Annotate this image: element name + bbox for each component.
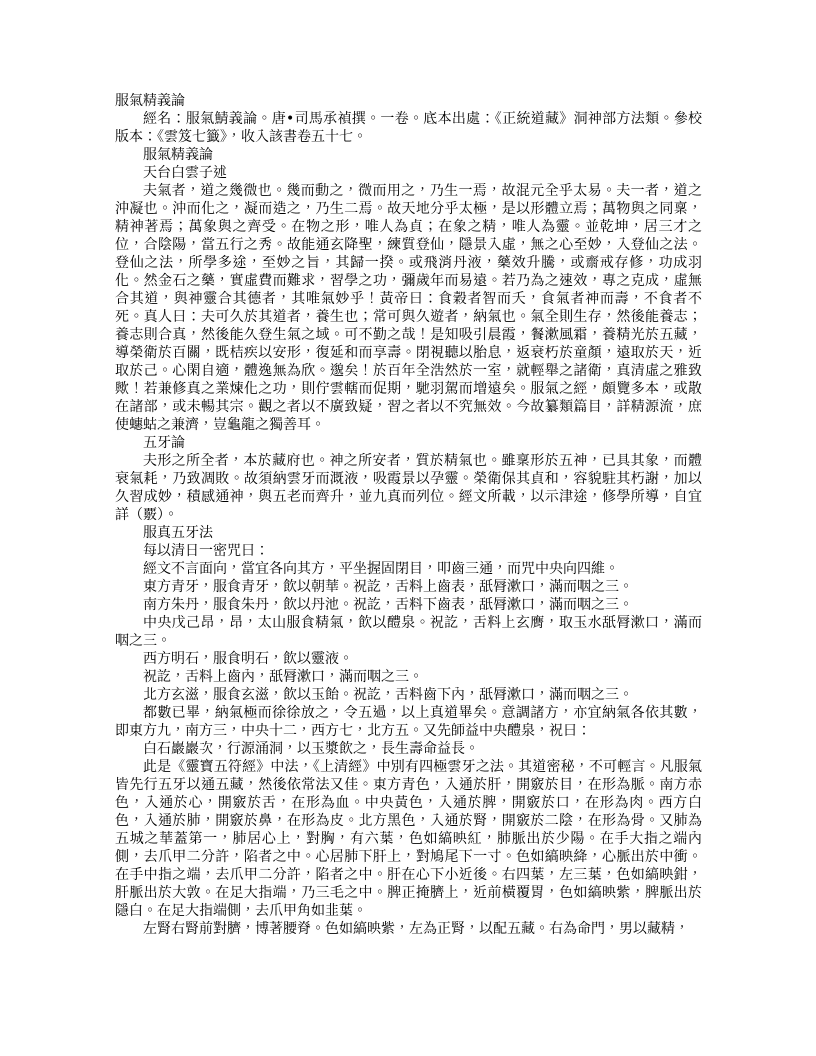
paragraph: 都數已畢，納氣極而徐徐放之，令五過，以上真道畢矣。意調諸方，亦宜納氣各依其數，即…	[115, 704, 702, 740]
paragraph: 左腎右腎前對臍，博著腰脊。色如縞映紫，左為正腎，以配五藏。右為命門，男以藏精，	[115, 920, 702, 938]
paragraph: 此是《靈寶五符經》中法，《上清經》中別有四極雲牙之法。其道密秘，不可輕言。凡服氣…	[115, 758, 702, 920]
paragraph: 服氣精義論	[115, 146, 702, 164]
paragraph: 東方青牙，服食青牙，飲以朝華。祝訖，舌料上齒表，舐脣漱口，滿而咽之三。	[115, 578, 702, 596]
paragraph: 夫形之所全者，本於藏府也。神之所安者，質於精氣也。雖稟形於五神，已具其象，而體衰…	[115, 452, 702, 524]
paragraph: 祝訖，舌料上齒內，舐脣漱口，滿而咽之三。	[115, 668, 702, 686]
paragraph: 中央戊己昂，昂，太山服食精氣，飲以醴泉。祝訖，舌料上玄膺，取玉水舐脣漱口，滿而咽…	[115, 614, 702, 650]
paragraph: 夫氣者，道之幾微也。幾而動之，微而用之，乃生一焉，故混元全乎太易。夫一者，道之沖…	[115, 182, 702, 434]
paragraph: 經名：服氣鯖義論。唐•司馬承禎撰。一卷。底本出處：《正統道藏》洞神部方法類。參校…	[115, 110, 702, 146]
paragraph: 白石巖巖次，行源涌洞，以玉漿飲之，長生壽命益長。	[115, 740, 702, 758]
paragraph: 五牙論	[115, 434, 702, 452]
paragraph: 服真五牙法	[115, 524, 702, 542]
paragraph: 南方朱丹，服食朱丹，飲以丹池。祝訖，舌料下齒表，舐脣漱口，滿而咽之三。	[115, 596, 702, 614]
paragraph: 經文不言面向，當宜各向其方，平坐握固閉目，叩齒三通，而咒中央向四維。	[115, 560, 702, 578]
paragraph: 北方玄滋，服食玄滋，飲以玉飴。祝訖，舌料齒下內，舐脣漱口，滿而咽之三。	[115, 686, 702, 704]
paragraph: 天台白雲子述	[115, 164, 702, 182]
paragraph: 西方明石，服食明石，飲以靈液。	[115, 650, 702, 668]
paragraph: 服氣精義論	[115, 92, 702, 110]
paragraph: 每以清日一密咒曰：	[115, 542, 702, 560]
document-page: 服氣精義論經名：服氣鯖義論。唐•司馬承禎撰。一卷。底本出處：《正統道藏》洞神部方…	[0, 0, 816, 1056]
document-body: 服氣精義論經名：服氣鯖義論。唐•司馬承禎撰。一卷。底本出處：《正統道藏》洞神部方…	[115, 92, 702, 938]
